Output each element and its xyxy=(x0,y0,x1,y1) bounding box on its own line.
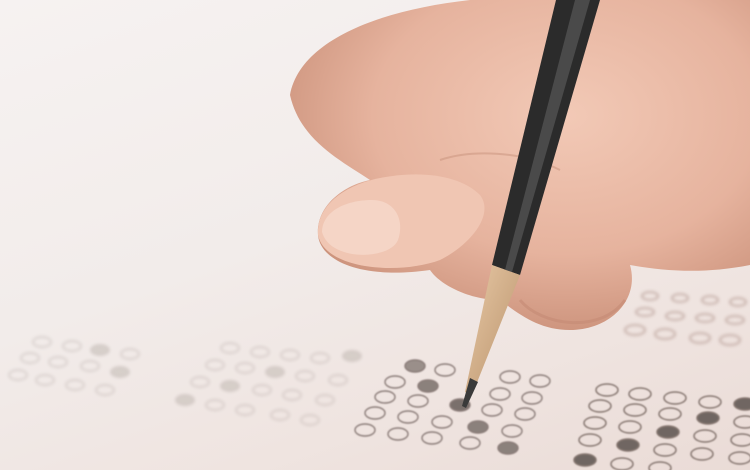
bubble-grid-right xyxy=(574,384,750,470)
bubble-grid-left xyxy=(9,337,361,425)
photo-scene xyxy=(0,0,750,470)
bubble-grid-center xyxy=(355,360,550,454)
answer-sheet-photo xyxy=(0,0,750,470)
bubble-grid-upper-right xyxy=(625,292,746,345)
